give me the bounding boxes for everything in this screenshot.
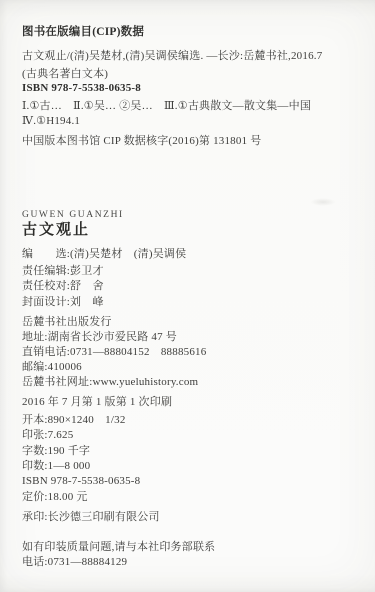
scan-smudge bbox=[310, 198, 336, 206]
publisher-sales-phone: 直销电话:0731—88804152 88885616 bbox=[22, 346, 206, 359]
cip-series-note: (古典名著白文本) bbox=[22, 68, 108, 81]
quality-notice-phone: 电话:0731—88884129 bbox=[22, 556, 127, 569]
print-isbn: ISBN 978-7-5538-0635-8 bbox=[22, 475, 140, 488]
credit-proofreader: 责任校对:舒 舍 bbox=[22, 280, 104, 293]
publisher-postcode: 邮编:410006 bbox=[22, 361, 82, 374]
cip-registration: 中国版本图书馆 CIP 数据核字(2016)第 131801 号 bbox=[22, 135, 261, 148]
publisher-website: 岳麓书社网址:www.yueluhistory.com bbox=[22, 376, 198, 389]
print-word-count: 字数:190 千字 bbox=[22, 445, 90, 458]
book-title: 古文观止 bbox=[22, 223, 90, 236]
print-run: 印数:1—8 000 bbox=[22, 460, 90, 473]
credit-editors: 编 选:(清)吴楚材 (清)吴调侯 bbox=[22, 248, 186, 261]
cip-isbn: ISBN 978-7-5538-0635-8 bbox=[22, 82, 141, 95]
cip-classification-1: Ⅰ.①古… Ⅱ.①吴… ②吴… Ⅲ.①古典散文—散文集—中国 bbox=[22, 100, 311, 113]
printer-company: 承印:长沙德三印刷有限公司 bbox=[22, 511, 160, 524]
cip-header: 图书在版编目(CIP)数据 bbox=[22, 26, 144, 39]
cip-classification-2: Ⅳ.①H194.1 bbox=[22, 115, 80, 128]
publisher-name: 岳麓书社出版发行 bbox=[22, 316, 112, 329]
print-price: 定价:18.00 元 bbox=[22, 491, 88, 504]
credit-responsible-editor: 责任编辑:彭卫才 bbox=[22, 265, 104, 278]
publisher-address: 地址:湖南省长沙市爱民路 47 号 bbox=[22, 331, 177, 344]
copyright-page: 图书在版编目(CIP)数据 古文观止/(清)吴楚材,(清)吴调侯编选. —长沙:… bbox=[0, 0, 375, 592]
credit-cover-designer: 封面设计:刘 峰 bbox=[22, 296, 104, 309]
print-edition: 2016 年 7 月第 1 版第 1 次印刷 bbox=[22, 396, 172, 409]
cip-title-statement: 古文观止/(清)吴楚材,(清)吴调侯编选. —长沙:岳麓书社,2016.7 bbox=[22, 50, 322, 63]
print-sheets: 印张:7.625 bbox=[22, 429, 73, 442]
print-format: 开本:890×1240 1/32 bbox=[22, 414, 126, 427]
quality-notice: 如有印装质量问题,请与本社印务部联系 bbox=[22, 541, 215, 554]
